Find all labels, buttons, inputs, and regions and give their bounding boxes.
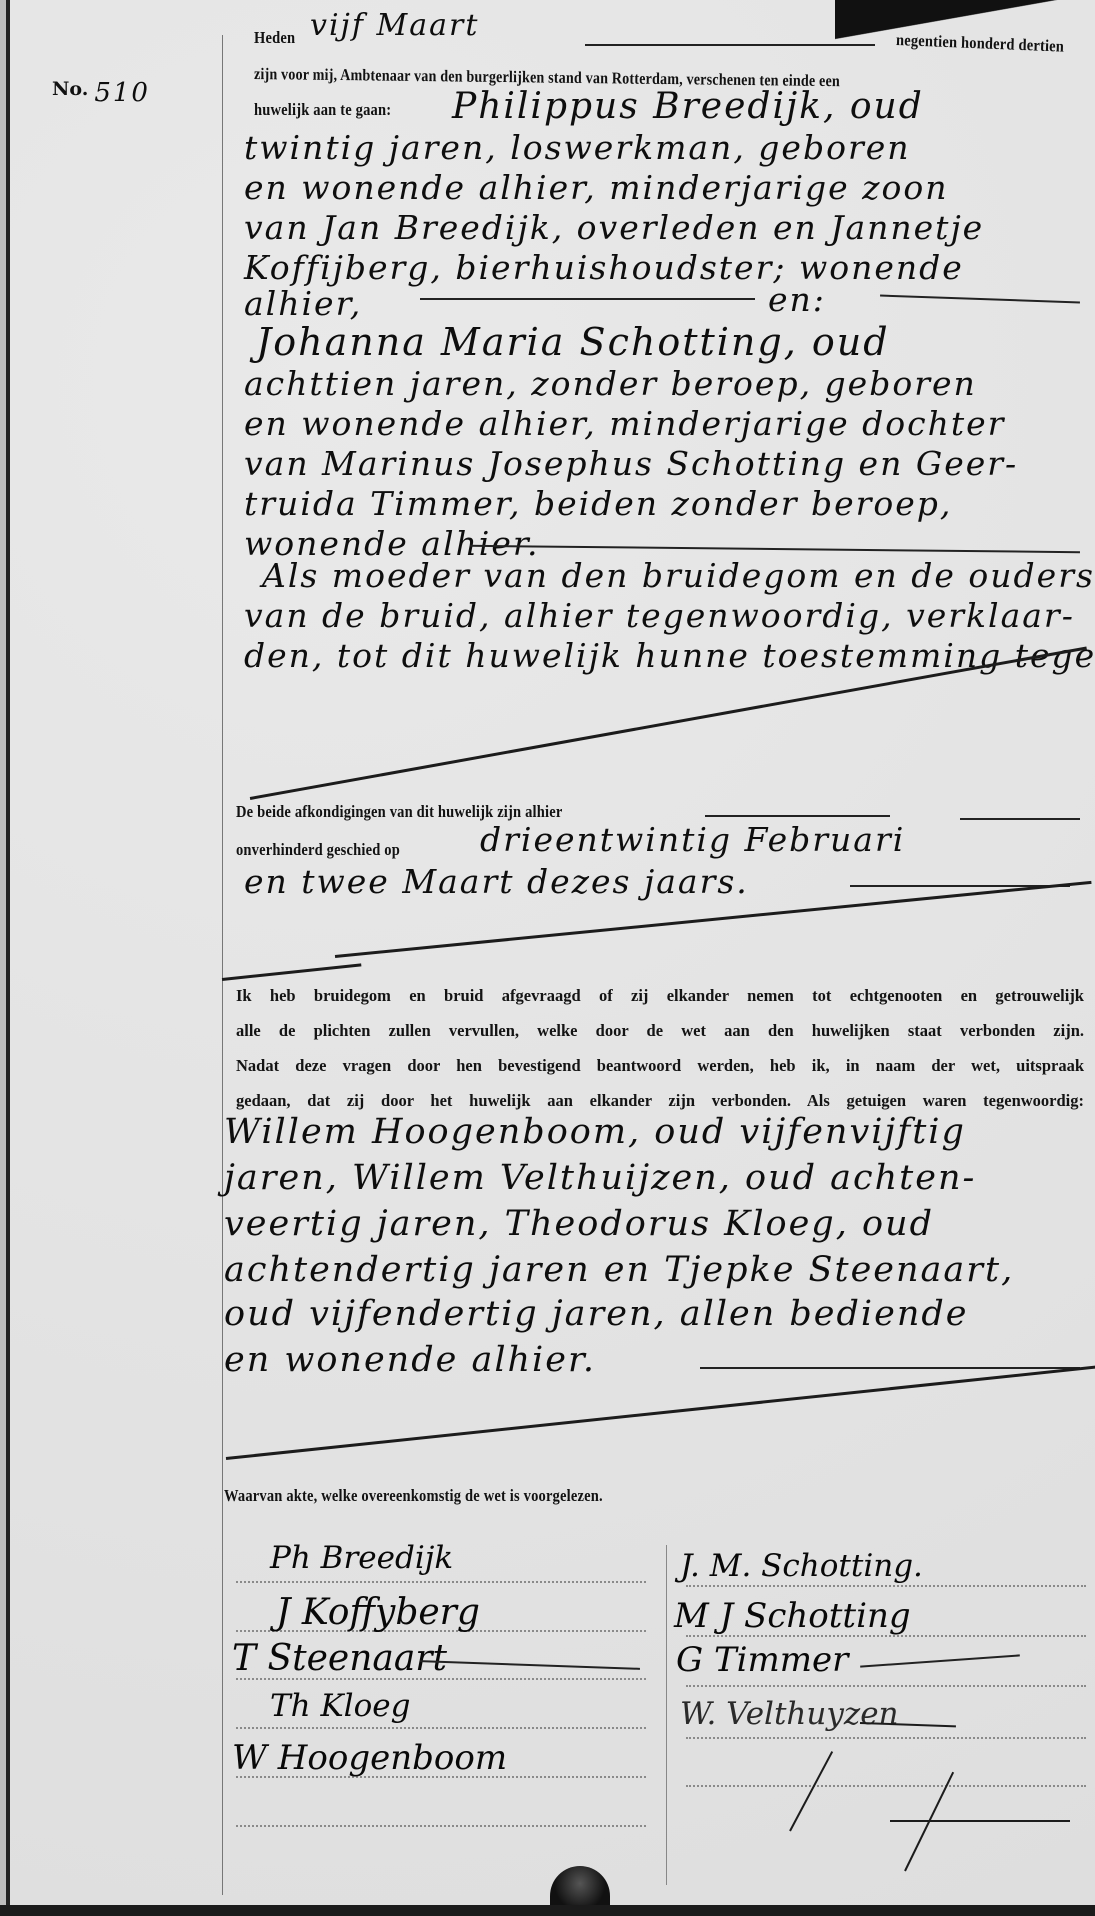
signature-divider <box>666 1545 667 1885</box>
signature: W. Velthuyzen <box>680 1696 899 1732</box>
signature-flourish <box>860 1654 1020 1667</box>
opening-heden: Heden <box>254 28 295 48</box>
groom-line: van Jan Breedijk, overleden en Jannetje <box>244 208 984 247</box>
record-number-value: 510 <box>94 78 150 108</box>
fill-line <box>470 545 1080 553</box>
closing-statement: Waarvan akte, welke overeenkomstig de we… <box>224 1486 603 1506</box>
declaration-line: alle de plichten zullen vervullen, welke… <box>236 1013 1084 1048</box>
witness-line: jaren, Willem Velthuijzen, oud achten- <box>224 1158 976 1198</box>
bride-line: Johanna Maria Schotting, oud <box>256 320 890 364</box>
official-signature-stroke <box>890 1820 1070 1822</box>
banns-hand-1: drieentwintig Februari <box>480 820 905 859</box>
signature-flourish <box>420 1660 640 1670</box>
signature-rule <box>686 1585 1086 1587</box>
banns-hand-2: en twee Maart dezes jaars. <box>244 862 749 901</box>
consent-line: Als moeder van den bruidegom en de ouder… <box>262 556 1095 595</box>
signature: Th Kloeg <box>270 1688 410 1724</box>
groom-line: twintig jaren, loswerkman, geboren <box>244 128 911 167</box>
signature: G Timmer <box>676 1640 848 1680</box>
groom-line: alhier, <box>244 284 362 323</box>
document-page: No.510 Heden vijf Maart negentien honder… <box>0 0 1095 1916</box>
signature: J. M. Schotting. <box>680 1548 923 1584</box>
binding-bottom <box>0 1905 1095 1916</box>
signature-rule <box>686 1737 1086 1739</box>
groom-line-en: en: <box>768 280 826 319</box>
signature-rule <box>236 1727 646 1729</box>
opening-date-hand: vijf Maart <box>310 8 479 43</box>
witness-line: veertig jaren, Theodorus Kloeg, oud <box>224 1204 934 1244</box>
signature: J Koffyberg <box>276 1592 480 1633</box>
banns-printed-2: onverhinderd geschied op <box>236 840 400 860</box>
bride-line: truida Timmer, beiden zonder beroep, <box>244 484 952 523</box>
record-number: No.510 <box>52 78 88 100</box>
page-left-border <box>6 0 10 1916</box>
consent-line: van de bruid, alhier tegenwoordig, verkl… <box>244 596 1075 635</box>
fill-line <box>960 818 1080 820</box>
signature-rule <box>686 1685 1086 1687</box>
signature: Ph Breedijk <box>270 1540 453 1576</box>
banns-printed-1: De beide afkondigingen van dit huwelijk … <box>236 802 562 822</box>
margin-rule <box>222 35 223 1895</box>
signature: T Steenaart <box>232 1638 447 1679</box>
signature: M J Schotting <box>674 1596 911 1636</box>
signature-rule <box>686 1785 1086 1787</box>
signature-rule <box>236 1825 646 1827</box>
signature-rule <box>236 1581 646 1583</box>
bride-line: achttien jaren, zonder beroep, geboren <box>244 364 977 403</box>
witness-line: Willem Hoogenboom, oud vijfenvijftig <box>224 1112 966 1152</box>
groom-line: Koffijberg, bierhuishoudster; wonende <box>244 248 964 287</box>
witness-line: achtendertig jaren en Tjepke Steenaart, <box>224 1250 1014 1290</box>
witness-line: oud vijfendertig jaren, allen bediende <box>224 1294 969 1334</box>
groom-line: Philippus Breedijk, oud <box>452 86 924 127</box>
fill-line <box>705 815 890 817</box>
signature: W Hoogenboom <box>232 1738 507 1778</box>
fill-line <box>880 295 1080 304</box>
declaration-line: Ik heb bruidegom en bruid afgevraagd of … <box>236 978 1084 1013</box>
declaration-paragraph: Ik heb bruidegom en bruid afgevraagd of … <box>236 978 1084 1118</box>
bride-line: en wonende alhier, minderjarige dochter <box>244 404 1005 443</box>
official-signature-stroke <box>789 1751 833 1831</box>
record-number-label: No. <box>52 78 88 100</box>
fill-line <box>420 298 755 300</box>
opening-line3: huwelijk aan te gaan: <box>254 100 391 120</box>
groom-line: en wonende alhier, minderjarige zoon <box>244 168 949 207</box>
declaration-line: Nadat deze vragen door hen bevestigend b… <box>236 1048 1084 1083</box>
fill-line <box>700 1367 1080 1369</box>
witness-line: en wonende alhier. <box>224 1340 596 1380</box>
bride-line: van Marinus Josephus Schotting en Geer- <box>244 444 1018 483</box>
fill-line <box>585 44 875 46</box>
